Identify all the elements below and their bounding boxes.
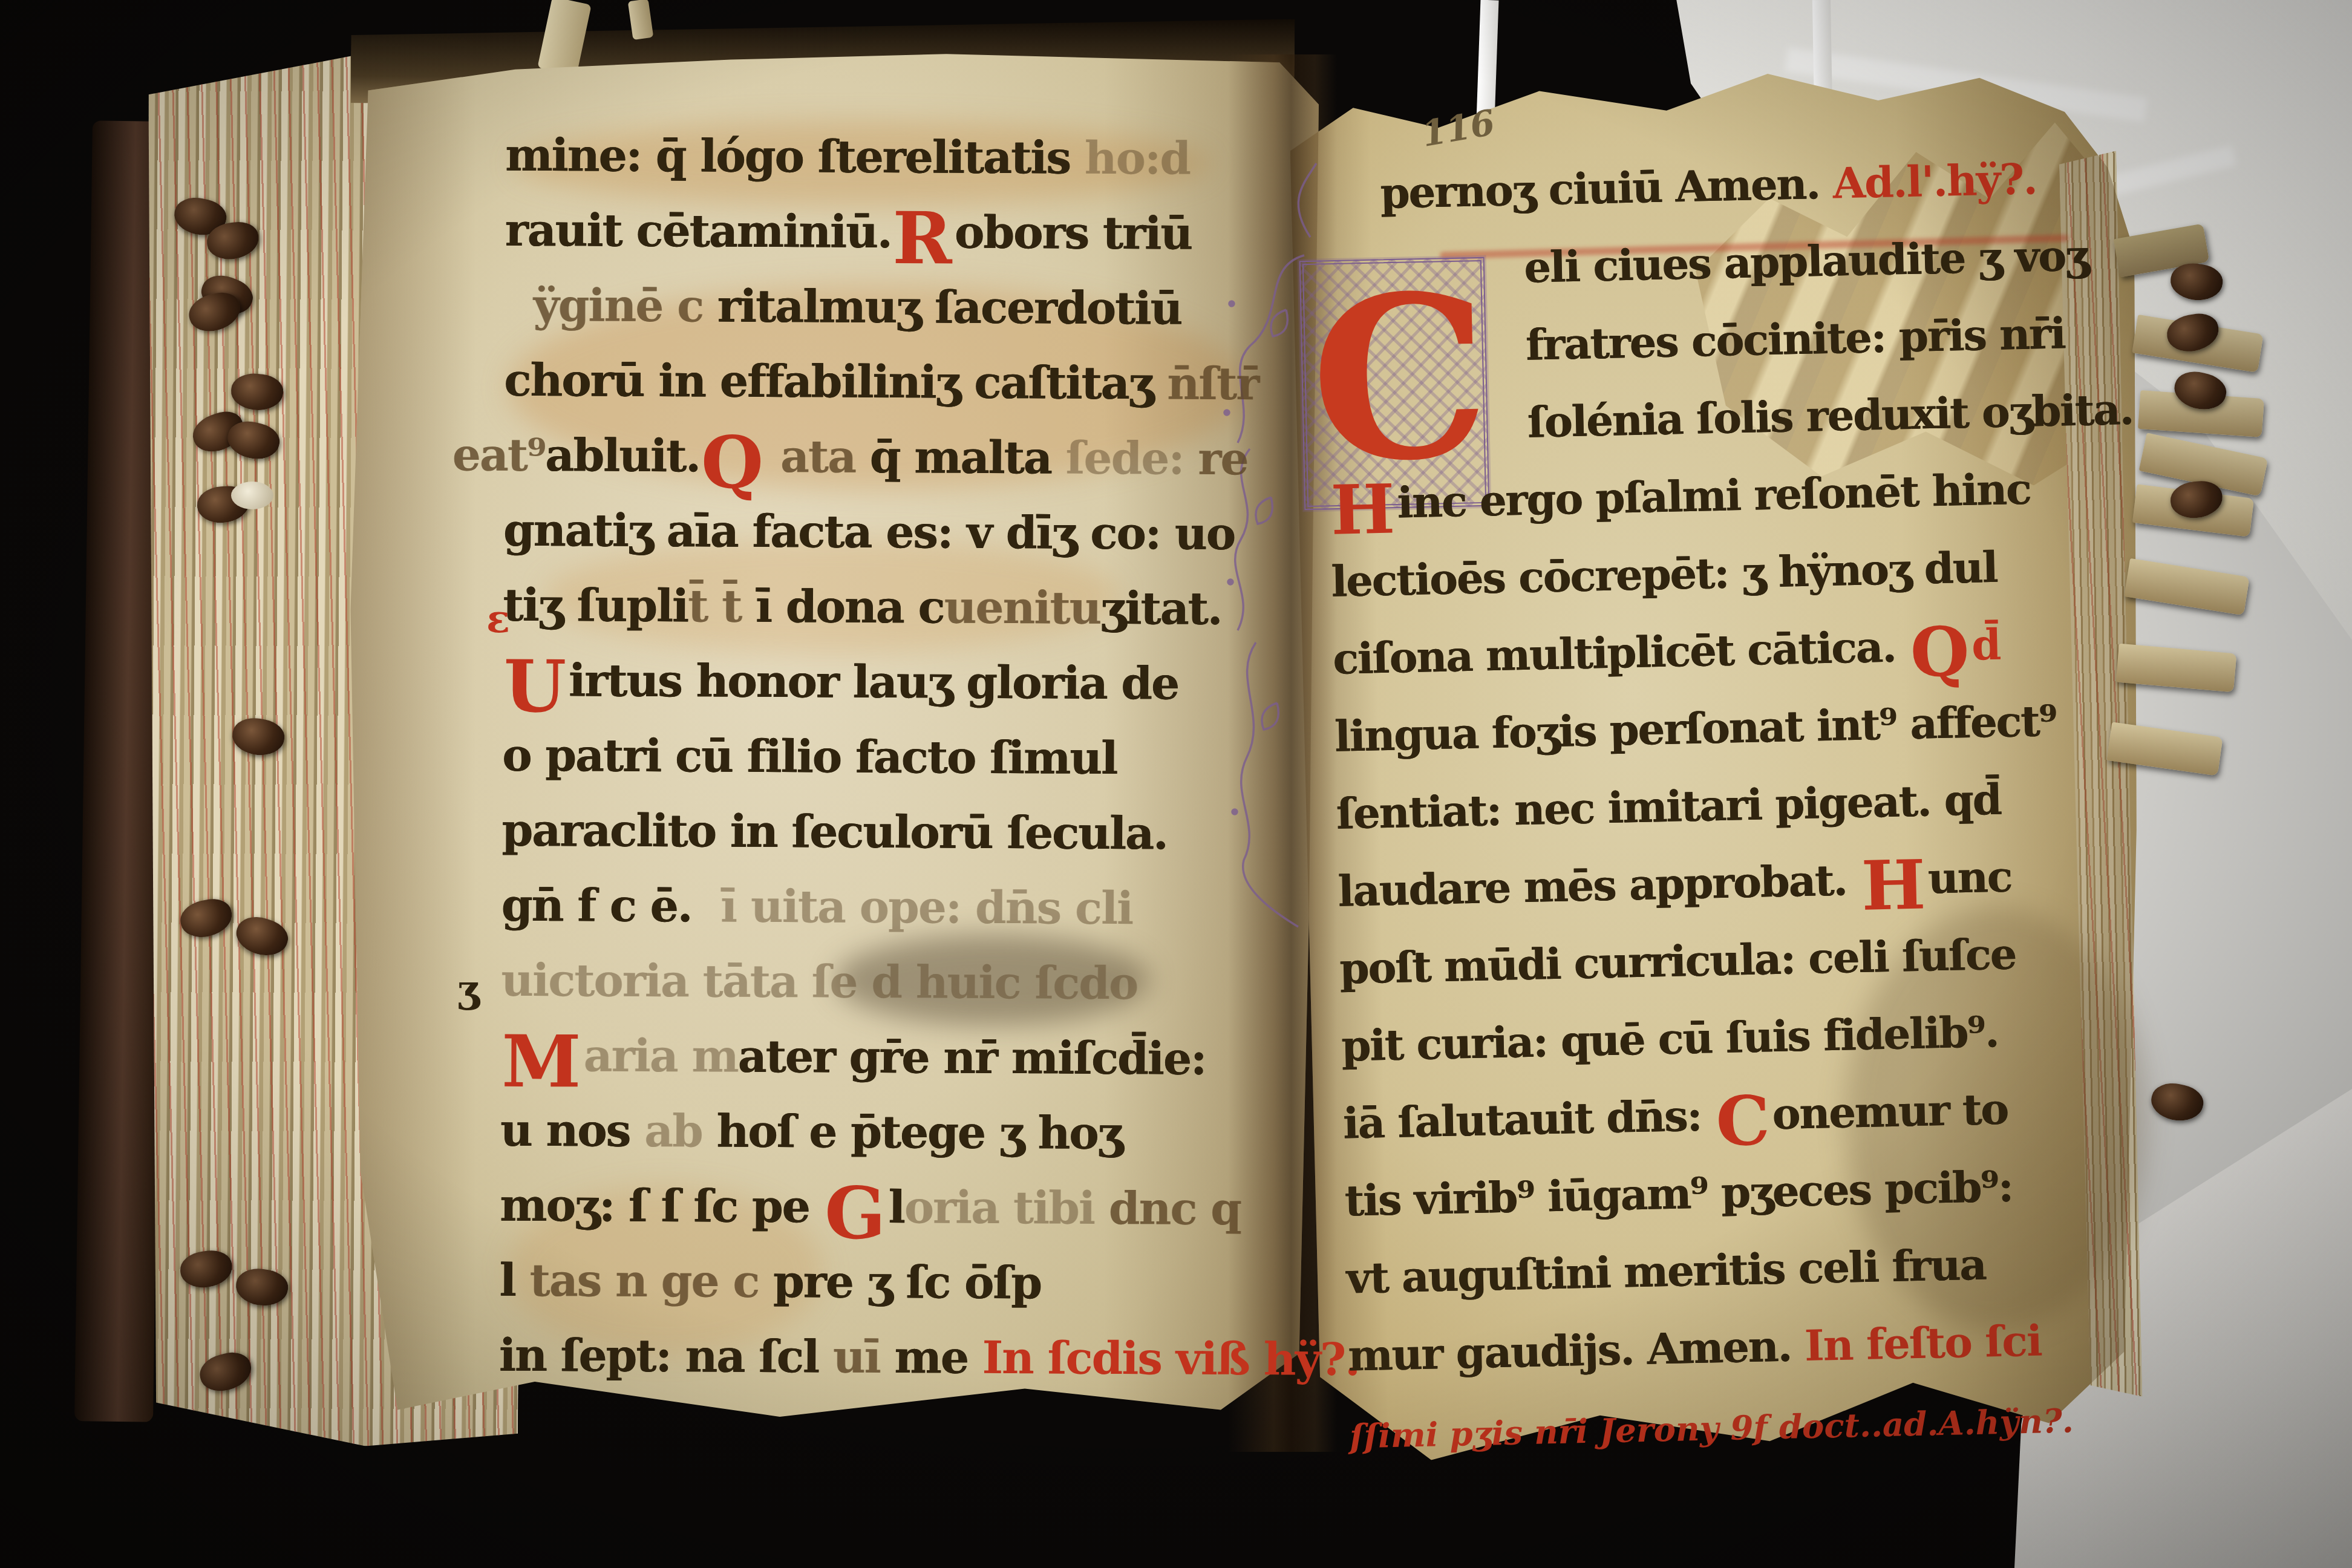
- text-segment: uictoria tāta ſe d huic ſcdo: [501, 955, 1137, 1010]
- text-segment: moʒ: ſ ſ ſc pe: [500, 1180, 824, 1233]
- text-segment: dnc q: [1108, 1183, 1241, 1235]
- margin-mark: ɛ: [486, 596, 510, 642]
- text-segment: eli ciues applaudite ʒ voʒ: [1523, 230, 2088, 292]
- text-segment: chorū in effabiliniʒ caſtitaʒ: [504, 354, 1167, 410]
- text-segment: uenitu: [944, 581, 1100, 634]
- text-segment: ab: [644, 1105, 717, 1158]
- text-segment: vt auguſtini meritis celi frua: [1346, 1240, 1987, 1304]
- text-line: moʒ: ſ ſ ſc pe Gloria tibi dnc q: [500, 1168, 1269, 1247]
- text-line: eat⁹abluit.Q ata q̄ malta ſede: re: [452, 417, 1272, 497]
- text-segment: mur gaudijs. Amen.: [1347, 1321, 1805, 1380]
- thread-knot: [231, 482, 273, 509]
- text-segment: o patri cū filio facto ſimul: [502, 730, 1117, 785]
- rubricated-initial: Q: [1909, 612, 1968, 693]
- text-segment: lectioēs cōcrepēt: ʒ hÿnoʒ dul: [1330, 542, 1997, 607]
- text-segment: t̄ t̄: [688, 580, 756, 633]
- text-line: paraclito in ſeculorū ſecula.: [501, 793, 1270, 872]
- text-segment: hoſ e p̄tege ʒ hoʒ: [716, 1106, 1122, 1160]
- rubricated-initial: R: [892, 196, 951, 281]
- text-segment: pre ʒ ſc ōſp: [773, 1256, 1041, 1309]
- text-line: o patri cū filio facto ſimul: [502, 718, 1271, 797]
- text-segment: mine: q̄ lógo ſterelitatis: [505, 129, 1085, 185]
- text-segment: irtus honor lauʒ gloria de: [569, 655, 1179, 710]
- text-segment: fratres cōcinite: pr̄is nr̄i: [1525, 308, 2065, 370]
- text-line: tiʒ ſuplit̄ t̄ ī dona cuenituʒitat.: [503, 568, 1272, 647]
- text-segment: d̄: [1971, 619, 2001, 670]
- right-page-text: pernoʒ ciuiū Amen. Ad.l'.hÿ?.eli ciues a…: [1322, 140, 2106, 1472]
- rubricated-initial: M: [501, 1019, 580, 1104]
- text-segment: pit curia: quē cū ſuis fidelib⁹.: [1341, 1007, 1999, 1071]
- text-line: Uirtus honor lauʒ gloria de: [502, 643, 1271, 722]
- text-segment: uī: [818, 1331, 895, 1383]
- text-segment: tiʒ ſupli: [503, 580, 688, 633]
- text-segment: rauit cētaminiū.: [505, 204, 891, 258]
- text-segment: unc: [1927, 851, 2012, 903]
- text-segment: ʒitat.: [1100, 583, 1222, 635]
- text-segment: ſentiat: nec imitari pigeat. qd̄: [1336, 774, 2001, 839]
- text-line: in ſept: na ſcl uī me In ſcdis viß hÿ?.: [498, 1318, 1267, 1397]
- text-segment: l: [888, 1181, 904, 1233]
- text-segment: n̄ſtr̄: [1167, 358, 1258, 410]
- text-line: uictoria tāta ſe d huic ſcdo: [501, 943, 1270, 1022]
- text-line: mine: q̄ lógo ſterelitatis ho:d: [505, 118, 1274, 197]
- text-segment: inc ergo pſalmi reſonēt hinc: [1396, 464, 2031, 528]
- text-segment: re: [1198, 433, 1248, 485]
- text-segment: poſt mūdi curricula: celi ſuſce: [1339, 929, 2016, 993]
- text-segment: tas n ge c: [529, 1255, 773, 1308]
- text-segment: iā ſalutauit dn̄s:: [1342, 1090, 1715, 1148]
- text-segment: tis virib⁹ iūgam⁹ pʒeces pcib⁹:: [1344, 1161, 2013, 1226]
- text-segment: ater gr̄e nr̄ miſcd̄ie:: [737, 1031, 1206, 1085]
- rubricated-initial: U: [503, 644, 565, 729]
- text-segment: ata: [766, 431, 870, 483]
- text-line: ÿginē c ritalmuʒ ſacerdotiū: [505, 268, 1273, 347]
- text-segment: ī dona c: [756, 581, 944, 634]
- text-segment: ſede:: [1065, 433, 1198, 485]
- text-line: rauit cētaminiū.Robors triū: [505, 193, 1273, 272]
- text-segment: onemur to: [1772, 1084, 2008, 1139]
- text-segment: oria tibi: [904, 1181, 1109, 1235]
- text-segment: laudare mēs approbat.: [1338, 855, 1861, 916]
- text-line: tis virib⁹ iūgam⁹ pʒeces pcib⁹:: [1344, 1146, 2101, 1240]
- text-segment: abluit.: [545, 430, 700, 482]
- text-segment: ho:d: [1084, 132, 1190, 185]
- text-segment: gnatiʒ aīa facta es: v dīʒ co: uo: [503, 505, 1235, 560]
- rubricated-initial: Q: [701, 420, 762, 505]
- text-line: gnatiʒ aīa facta es: v dīʒ co: uo: [503, 493, 1272, 572]
- text-segment: obors triū: [955, 207, 1192, 260]
- text-line: l tas n ge c pre ʒ ſc ōſp: [499, 1243, 1268, 1322]
- text-segment: q̄ malta: [869, 431, 1065, 485]
- text-segment: Ad.l'.hÿ?.: [1832, 154, 2037, 208]
- text-segment: ritalmuʒ ſacerdotiū: [703, 280, 1182, 335]
- text-segment: gn̄ f c ē.: [501, 880, 691, 933]
- rubricated-initial: H: [1330, 469, 1394, 550]
- manuscript-photo: C 116 mine: q̄ lógo ſterelitatis ho:drau…: [0, 0, 2352, 1568]
- rubricated-initial: G: [825, 1171, 885, 1256]
- text-segment: me: [894, 1331, 982, 1384]
- text-segment: ÿginē c: [505, 279, 704, 333]
- left-page-text: mine: q̄ lógo ſterelitatis ho:drauit cēt…: [498, 118, 1273, 1397]
- text-line: gn̄ f c ē. ī uita ope: dn̄s cli: [501, 868, 1270, 947]
- text-segment: in ſept: na ſcl: [499, 1330, 819, 1383]
- rubricated-initial: H: [1861, 845, 1926, 926]
- margin-mark: ʒ: [457, 967, 479, 1012]
- text-segment: In feſto ſci: [1804, 1316, 2042, 1371]
- text-line: u nos ab hoſ e p̄tege ʒ hoʒ: [500, 1093, 1269, 1172]
- text-segment: lingua foʒis perſonat int⁹ affect⁹: [1334, 696, 2057, 762]
- text-line: ſſimi pʒis nr̄i Jerony 9f doct..ad.A.hÿn…: [1349, 1378, 2106, 1472]
- text-segment: aria m: [583, 1030, 738, 1082]
- text-segment: pernoʒ ciuiū Amen.: [1379, 158, 1833, 218]
- text-segment: ciſona multiplicēt cātica.: [1332, 621, 1909, 684]
- text-segment: u nos: [500, 1105, 645, 1157]
- text-segment: eat⁹: [452, 429, 545, 482]
- text-segment: paraclito in ſeculorū ſecula.: [501, 805, 1168, 860]
- rubricated-initial: C: [1715, 1081, 1769, 1161]
- text-line: Maria mater gr̄e nr̄ miſcd̄ie:: [500, 1018, 1269, 1097]
- text-line: chorū in effabiliniʒ caſtitaʒ n̄ſtr̄: [504, 343, 1273, 422]
- text-segment: ī uita ope: dn̄s cli: [691, 880, 1132, 935]
- text-segment: l: [499, 1255, 529, 1307]
- text-segment: In ſcdis viß hÿ?.: [982, 1332, 1359, 1386]
- text-segment: ſſimi pʒis nr̄i Jerony 9f doct..ad.A.hÿn…: [1349, 1401, 2074, 1455]
- text-segment: ſolénia ſolis reduxit oʒbita.: [1527, 384, 2134, 448]
